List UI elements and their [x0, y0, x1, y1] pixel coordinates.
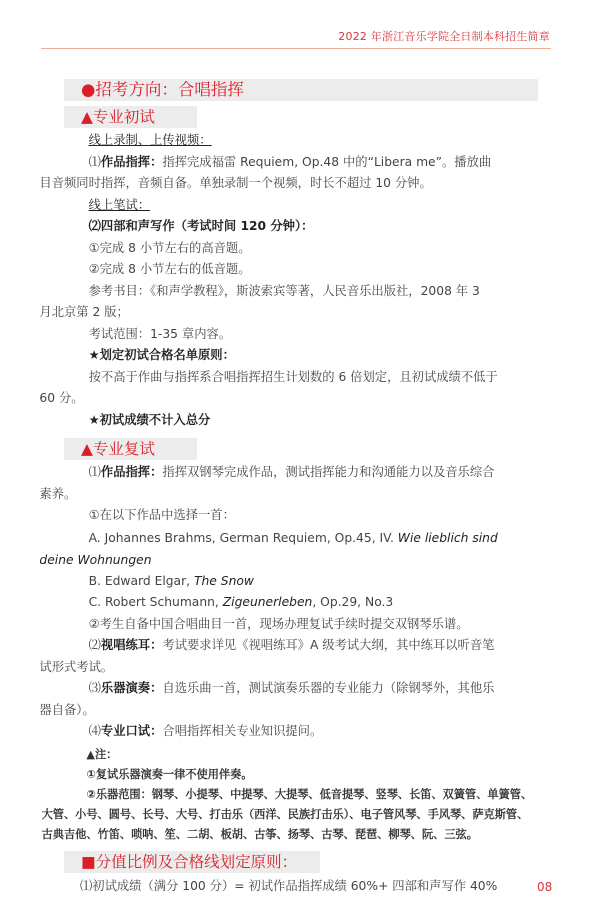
- final-exam-heading: ▲专业复试: [64, 438, 197, 460]
- item-text: 合唱指挥相关专业知识提问。: [162, 724, 322, 738]
- item-number: ⑵: [89, 638, 101, 652]
- preliminary-exam-heading: ▲专业初试: [64, 106, 197, 128]
- item-number: ⑷: [89, 724, 101, 738]
- work-b-title: The Snow: [194, 574, 254, 588]
- item-label: 专业口试：: [101, 724, 163, 738]
- page-content: ●招考方向：合唱指挥 ▲专业初试 线上录制、上传视频： ⑴作品指挥：指挥完成福雷…: [64, 79, 538, 897]
- work-c-suffix: , Op.29, No.3: [312, 595, 393, 609]
- note-2-line-3: 古典吉他、竹笛、唢呐、笙、二胡、板胡、古筝、扬琴、古琴、琵琶、柳琴、阮、三弦。: [42, 825, 538, 845]
- item-label: 作品指挥：: [101, 465, 163, 479]
- online-written-label: 线上笔试：: [64, 195, 538, 217]
- pass-rule-text: 按不高于作曲与指挥系合唱指挥招生计划数的 6 倍划定，且初试成绩不低于60 分。: [64, 367, 538, 410]
- pass-rule-heading: ★划定初试合格名单原则：: [64, 345, 538, 367]
- work-a-prefix: A. Johannes Brahms, German Requiem, Op.4…: [89, 531, 398, 545]
- final-item-4: ⑷专业口试：合唱指挥相关专业知识提问。: [64, 721, 538, 743]
- prelim-item-2-heading: ⑵四部和声写作（考试时间 120 分钟）：: [64, 216, 538, 238]
- work-option-b: B. Edward Elgar, The Snow: [64, 571, 538, 593]
- work-c-title: Zigeunerleben: [223, 595, 313, 609]
- item-text: 指挥完成福雷 Requiem, Op.48 中的“Libera me”。播放曲: [162, 155, 491, 169]
- item-number: ⑴: [89, 465, 101, 479]
- item-text: 指挥双钢琴完成作品，测试指挥能力和沟通能力以及音乐综合: [162, 465, 494, 479]
- prelim-item-2-sub-1: ①完成 8 小节左右的高音题。: [64, 238, 538, 260]
- note-2: ②乐器范围：钢琴、小提琴、中提琴、大提琴、低音提琴、竖琴、长笛、双簧管、单簧管、…: [64, 785, 538, 845]
- note-heading: ▲注：: [64, 745, 538, 765]
- reference-line-2: 月北京第 2 版；: [39, 302, 538, 324]
- header-divider: [41, 48, 551, 49]
- item-label: 作品指挥：: [101, 155, 163, 169]
- item-text-continued: 目音频同时指挥，音频自备。单独录制一个视频，时长不超过 10 分钟。: [39, 173, 538, 195]
- note-1: ①复试乐器演奏一律不使用伴奏。: [64, 765, 538, 785]
- item-number: ⑴: [89, 155, 101, 169]
- online-video-label-text: 线上录制、上传视频：: [89, 133, 212, 147]
- scoring-line-1: ⑴初试成绩（满分 100 分）= 初试作品指挥成绩 60%+ 四部和声写作 40…: [64, 876, 538, 898]
- final-item-3: ⑶乐器演奏：自选乐曲一首，测试演奏乐器的专业能力（除钢琴外，其他乐器自备）。: [64, 678, 538, 721]
- page-number: 08: [537, 880, 552, 894]
- online-video-label: 线上录制、上传视频：: [64, 130, 538, 152]
- pass-rule-line-1: 按不高于作曲与指挥系合唱指挥招生计划数的 6 倍划定，且初试成绩不低于: [89, 370, 498, 384]
- online-written-label-text: 线上笔试：: [89, 198, 151, 212]
- item-text-continued: 素养。: [39, 484, 538, 506]
- scoring-heading: ■分值比例及合格线划定原则：: [64, 851, 320, 873]
- note-2-line-2: 大管、小号、圆号、长号、大号、打击乐（西洋、民族打击乐）、电子管风琴、手风琴、萨…: [42, 805, 538, 825]
- item-label: 乐器演奏：: [101, 681, 163, 695]
- prelim-item-2-sub-2: ②完成 8 小节左右的低音题。: [64, 259, 538, 281]
- choose-one-instruction: ①在以下作品中选择一首：: [64, 505, 538, 527]
- work-c-prefix: C. Robert Schumann,: [89, 595, 223, 609]
- item-number: ⑶: [89, 681, 101, 695]
- work-b-prefix: B. Edward Elgar,: [89, 574, 194, 588]
- not-counted-note: ★初试成绩不计入总分: [64, 410, 538, 432]
- chinese-work-requirement: ②考生自备中国合唱曲目一首，现场办理复试手续时提交双钢琴乐谱。: [64, 614, 538, 636]
- final-item-1: ⑴作品指挥：指挥双钢琴完成作品，测试指挥能力和沟通能力以及音乐综合素养。: [64, 462, 538, 505]
- item-text-continued: 试形式考试。: [39, 657, 538, 679]
- work-a-title-continued: deine Wohnungen: [39, 549, 538, 571]
- work-a-title: Wie lieblich sind: [398, 531, 498, 545]
- item-text-continued: 器自备）。: [39, 700, 538, 722]
- item-label: 视唱练耳：: [101, 638, 163, 652]
- exam-scope: 考试范围：1-35 章内容。: [64, 324, 538, 346]
- note-2-line-1: ②乐器范围：钢琴、小提琴、中提琴、大提琴、低音提琴、竖琴、长笛、双簧管、单簧管、: [86, 788, 532, 801]
- reference-line-1: 参考书目：《和声学教程》，斯波索宾等著，人民音乐出版社，2008 年 3: [89, 284, 480, 298]
- item-text: 考试要求详见《视唱练耳》A 级考试大纲，其中练耳以听音笔: [162, 638, 494, 652]
- final-item-2: ⑵视唱练耳：考试要求详见《视唱练耳》A 级考试大纲，其中练耳以听音笔试形式考试。: [64, 635, 538, 678]
- brochure-header-title: 2022 年浙江音乐学院全日制本科招生简章: [338, 28, 550, 44]
- item-text: 自选乐曲一首，测试演奏乐器的专业能力（除钢琴外，其他乐: [162, 681, 494, 695]
- pass-rule-line-2: 60 分。: [39, 388, 538, 410]
- work-option-a: A. Johannes Brahms, German Requiem, Op.4…: [64, 527, 538, 571]
- work-option-c: C. Robert Schumann, Zigeunerleben, Op.29…: [64, 592, 538, 614]
- reference-books: 参考书目：《和声学教程》，斯波索宾等著，人民音乐出版社，2008 年 3月北京第…: [64, 281, 538, 324]
- prelim-item-1: ⑴作品指挥：指挥完成福雷 Requiem, Op.48 中的“Libera me…: [64, 152, 538, 195]
- section-title: ●招考方向：合唱指挥: [64, 79, 538, 101]
